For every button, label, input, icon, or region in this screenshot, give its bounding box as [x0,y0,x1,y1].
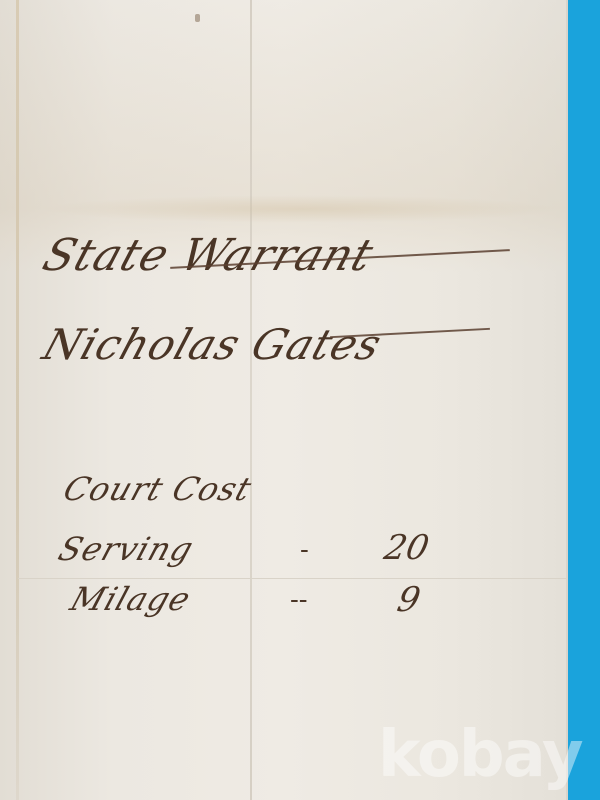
costs-heading: Court Cost [59,470,257,508]
paper-fold-vertical [250,0,252,800]
ink-spot [195,14,200,22]
paper-fold-horizontal [18,578,566,579]
watermark-logo: kobay [378,718,582,792]
cost-item-label: Milage [66,580,196,618]
cost-item-amount: 9 [394,580,424,620]
cost-item-label: Serving [54,530,199,568]
case-title-line-2: Nicholas Gates [37,320,388,369]
case-title-line-1: State Warrant [37,230,380,281]
paper-fold-left [16,0,19,800]
cost-item-amount: 20 [381,528,433,568]
paper-stain [40,195,560,223]
paper-document: State Warrant Nicholas Gates Court Cost … [0,0,568,800]
cost-item-separator: -- [290,585,308,615]
cost-item-separator: - [300,535,309,565]
